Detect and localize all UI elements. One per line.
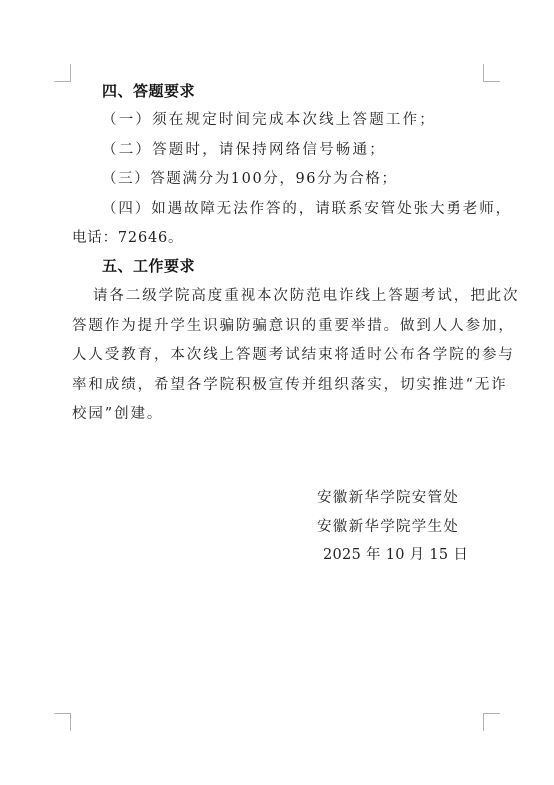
corner-mark-bottom-right-v (483, 713, 484, 731)
corner-mark-bottom-right-h (483, 713, 500, 714)
corner-mark-top-right-v (483, 64, 484, 82)
section4-item-1: （一）须在规定时间完成本次线上答题工作； (102, 111, 436, 129)
section4-item-3: （三）答题满分为100分，96分为合格； (102, 170, 398, 188)
section5-line-3: 人人受教育，本次线上答题考试结束将适时公布各学院的参与 (72, 346, 515, 364)
section4-heading: 四、答题要求 (102, 82, 195, 100)
signature-date: 2025 年 10 月 15 日 (323, 546, 468, 564)
section5-line-2: 答题作为提升学生识骗防骗意识的重要举措。做到人人参加， (72, 317, 515, 335)
corner-mark-top-right-h (483, 81, 500, 82)
signature-org-2: 安徽新华学院学生处 (317, 518, 459, 536)
corner-mark-bottom-left-h (54, 713, 71, 714)
section5-line-4: 率和成绩，希望各学院积极宣传并组织落实，切实推进“无诈 (72, 376, 508, 394)
corner-mark-top-left-h (54, 81, 71, 82)
section4-item-4: （四）如遇故障无法作答的，请联系安管处张大勇老师， (102, 200, 512, 218)
section5-line-1: 请各二级学院高度重视本次防范电诈线上答题考试，把此次 (93, 287, 519, 305)
section5-heading: 五、工作要求 (102, 257, 195, 275)
signature-org-1: 安徽新华学院安管处 (317, 489, 459, 507)
section4-item-2: （二）答题时，请保持网络信号畅通； (102, 141, 386, 159)
corner-mark-bottom-left-v (70, 713, 71, 731)
section5-line-5: 校园”创建。 (72, 405, 163, 423)
section4-item-4-cont: 电话：72646。 (72, 229, 183, 247)
corner-mark-top-left-v (70, 64, 71, 82)
